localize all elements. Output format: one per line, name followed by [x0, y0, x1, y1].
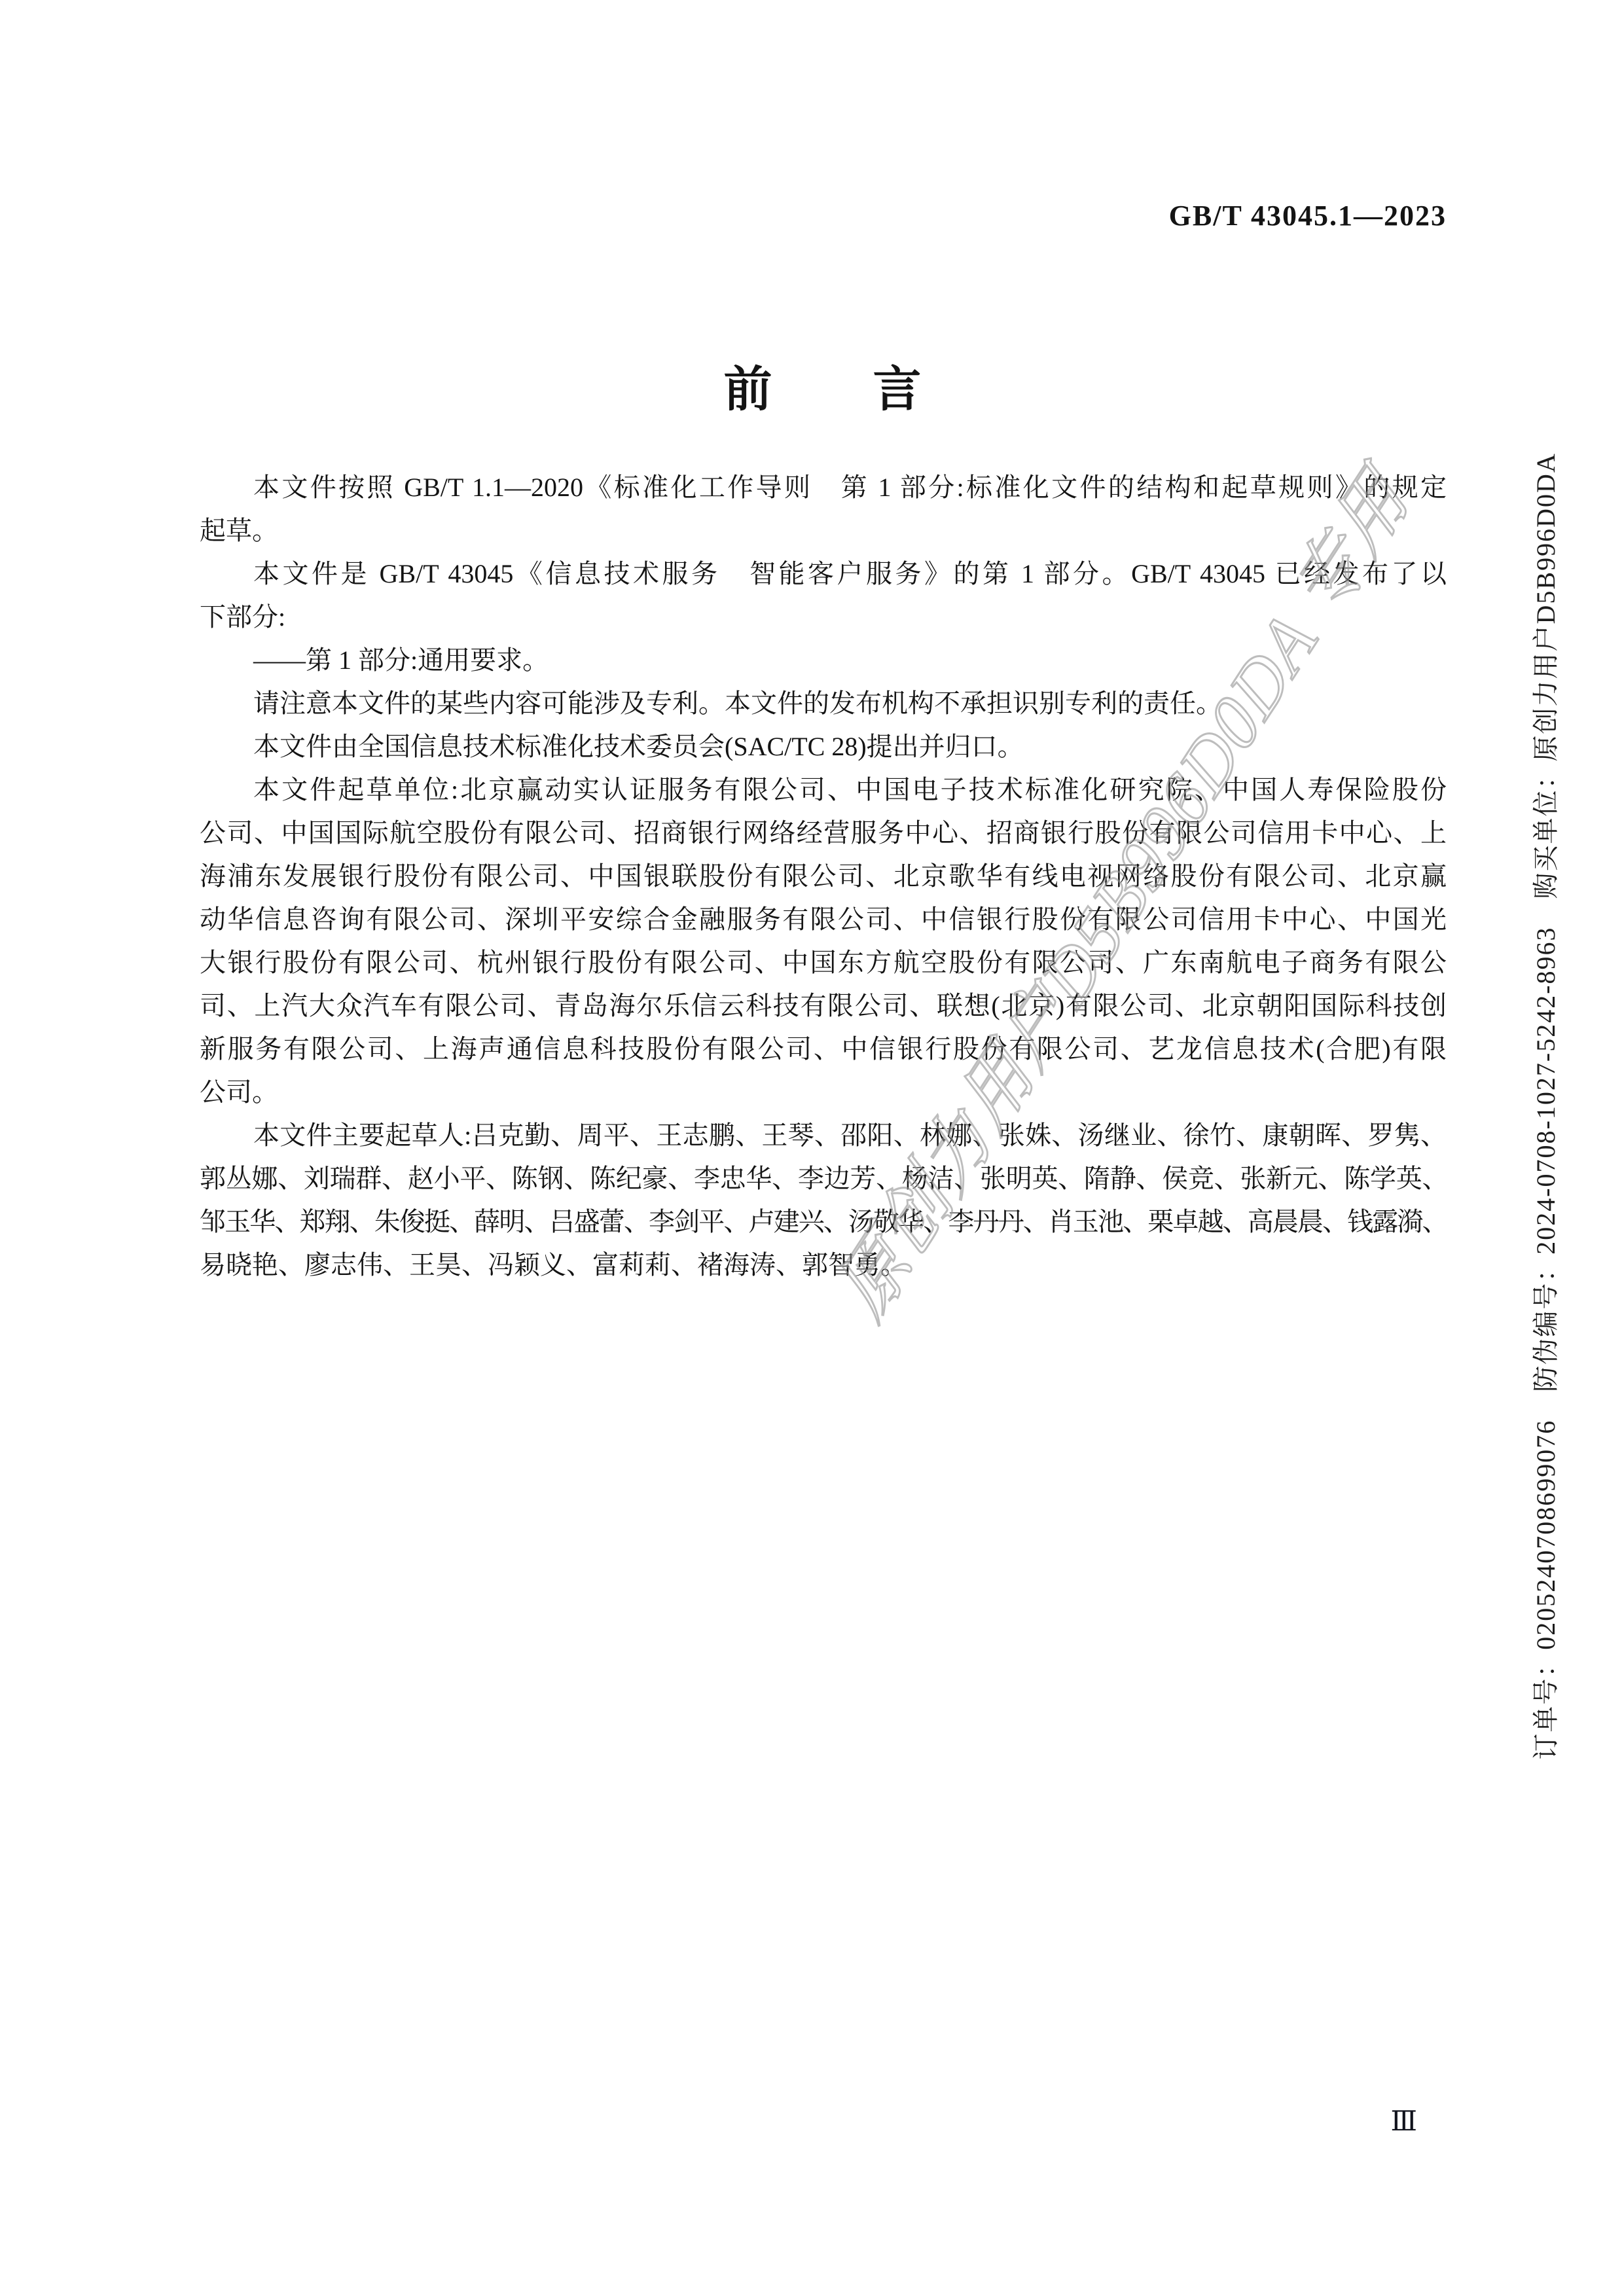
antipiracy-sidebar-text: 订单号：0205240708699076 防伪编号：2024-0708-1027…	[1529, 435, 1563, 1778]
foreword-title: 前 言	[200, 351, 1447, 420]
body-line: 新服务有限公司、上海声通信息科技股份有限公司、中信银行股份有限公司、艺龙信息技术…	[200, 1028, 1447, 1071]
body-line: 本文件是 GB/T 43045《信息技术服务 智能客户服务》的第 1 部分。GB…	[200, 552, 1447, 596]
body-line: 本文件起草单位:北京赢动实认证服务有限公司、中国电子技术标准化研究院、中国人寿保…	[200, 768, 1447, 812]
body-line: 本文件由全国信息技术标准化技术委员会(SAC/TC 28)提出并归口。	[200, 725, 1447, 768]
document-page: GB/T 43045.1—2023 前 言 本文件按照 GB/T 1.1—202…	[0, 0, 1624, 2296]
standard-code: GB/T 43045.1—2023	[200, 199, 1447, 232]
body-line: 请注意本文件的某些内容可能涉及专利。本文件的发布机构不承担识别专利的责任。	[200, 682, 1447, 725]
body-line: 本文件主要起草人:吕克勤、周平、王志鹏、王琴、邵阳、林娜、张姝、汤继业、徐竹、康…	[200, 1114, 1447, 1157]
body-line: 易晓艳、廖志伟、王昊、冯颖义、富莉莉、褚海涛、郭智勇。	[200, 1244, 1447, 1287]
body-line: 郭丛娜、刘瑞群、赵小平、陈钢、陈纪豪、李忠华、李边芳、杨洁、张明英、隋静、侯竞、…	[200, 1157, 1447, 1200]
body-line: 本文件按照 GB/T 1.1—2020《标准化工作导则 第 1 部分:标准化文件…	[200, 466, 1447, 509]
foreword-body: 本文件按照 GB/T 1.1—2020《标准化工作导则 第 1 部分:标准化文件…	[200, 466, 1447, 1287]
body-line: 大银行股份有限公司、杭州银行股份有限公司、中国东方航空股份有限公司、广东南航电子…	[200, 941, 1447, 984]
page-number: Ⅲ	[1362, 2105, 1417, 2138]
body-line: 动华信息咨询有限公司、深圳平安综合金融服务有限公司、中信银行股份有限公司信用卡中…	[200, 898, 1447, 941]
body-line: 公司。	[200, 1071, 1447, 1114]
body-line: 司、上汽大众汽车有限公司、青岛海尔乐信云科技有限公司、联想(北京)有限公司、北京…	[200, 984, 1447, 1028]
body-line: 邹玉华、郑翔、朱俊挺、薛明、吕盛蕾、李剑平、卢建兴、汤敬华、李丹丹、肖玉池、栗卓…	[200, 1200, 1447, 1244]
body-line: 下部分:	[200, 596, 1447, 639]
body-line: 起草。	[200, 509, 1447, 552]
body-line: 公司、中国国际航空股份有限公司、招商银行网络经营服务中心、招商银行股份有限公司信…	[200, 812, 1447, 855]
body-line: 海浦东发展银行股份有限公司、中国银联股份有限公司、北京歌华有线电视网络股份有限公…	[200, 855, 1447, 898]
body-line: ——第 1 部分:通用要求。	[200, 639, 1447, 682]
